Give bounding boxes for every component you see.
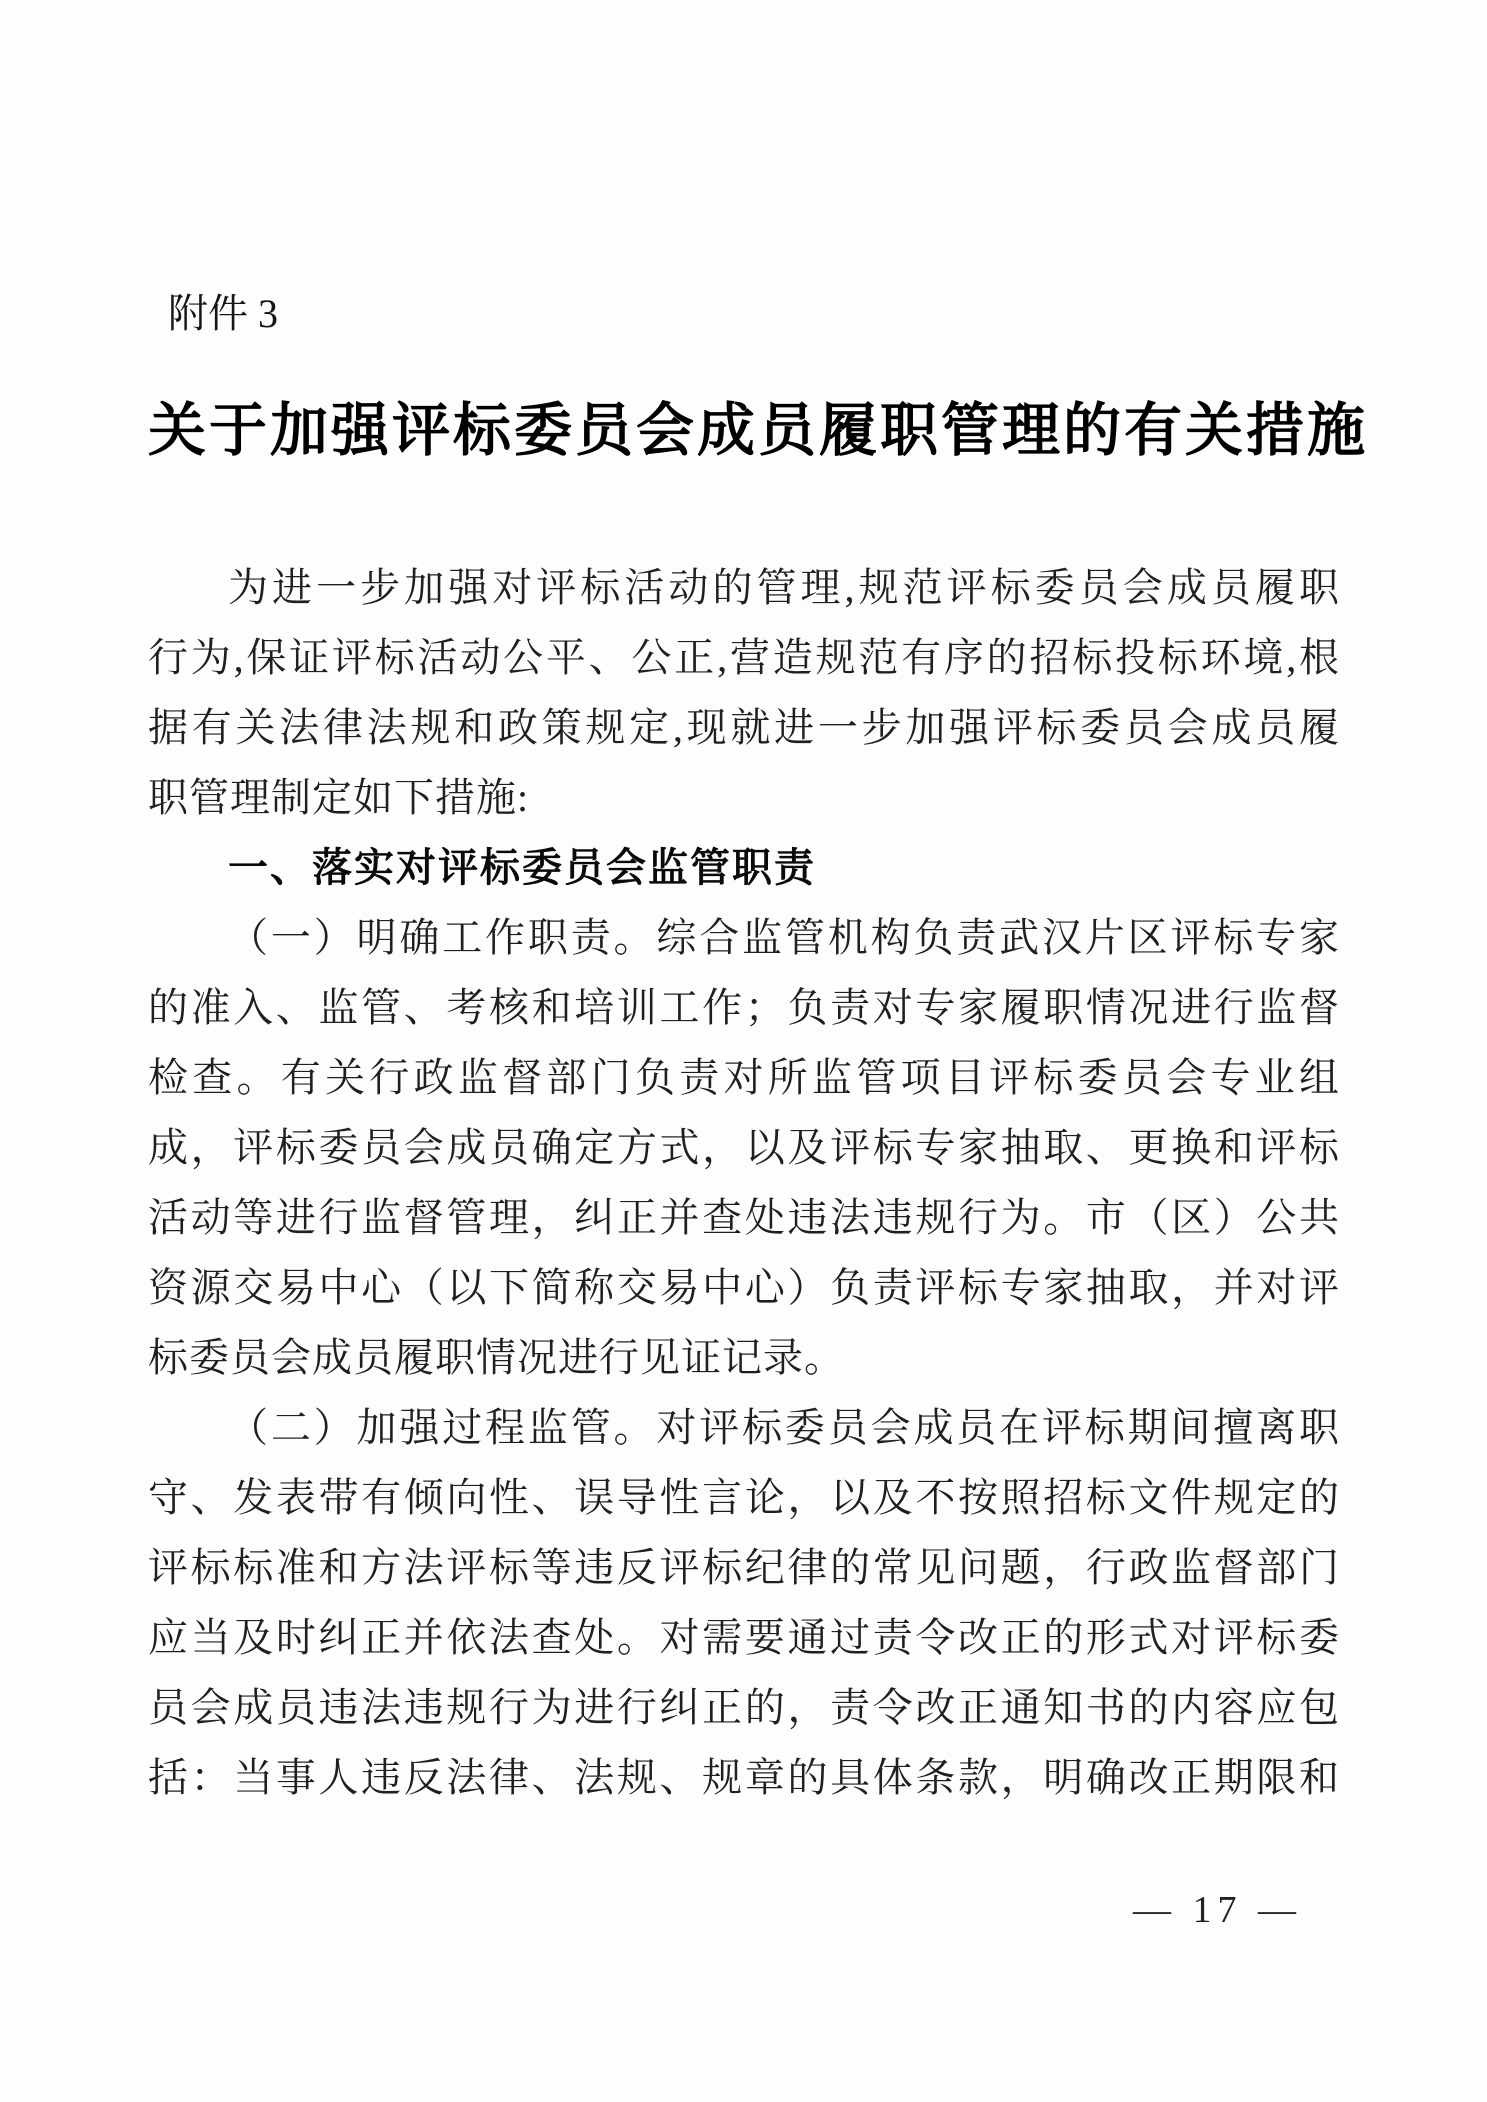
text-line: 职管理制定如下措施: [148,763,1340,833]
text-line: 应当及时纠正并依法查处。对需要通过责令改正的形式对评标委 [148,1603,1340,1673]
text-line: 为进一步加强对评标活动的管理,规范评标委员会成员履职 [148,553,1340,623]
text-line: 标委员会成员履职情况进行见证记录。 [148,1323,1340,1393]
text-line: 的准入、监管、考核和培训工作；负责对专家履职情况进行监督 [148,973,1340,1043]
text-line: 资源交易中心（以下简称交易中心）负责评标专家抽取，并对评 [148,1253,1340,1323]
document-page: 附件 3 关于加强评标委员会成员履职管理的有关措施 为进一步加强对评标活动的管理… [0,0,1487,2102]
paragraph: 为进一步加强对评标活动的管理,规范评标委员会成员履职行为,保证评标活动公平、公正… [148,553,1340,833]
text-line: （二）加强过程监管。对评标委员会成员在评标期间擅离职 [148,1393,1340,1463]
text-line: 检查。有关行政监督部门负责对所监管项目评标委员会专业组 [148,1043,1340,1113]
text-line: 据有关法律法规和政策规定,现就进一步加强评标委员会成员履 [148,693,1340,763]
text-line: 员会成员违法违规行为进行纠正的，责令改正通知书的内容应包 [148,1673,1340,1743]
attachment-label: 附件 3 [168,291,1487,337]
document-title: 关于加强评标委员会成员履职管理的有关措施 [148,399,1340,463]
text-line: 成，评标委员会成员确定方式，以及评标专家抽取、更换和评标 [148,1113,1340,1183]
paragraph: （二）加强过程监管。对评标委员会成员在评标期间擅离职守、发表带有倾向性、误导性言… [148,1393,1340,1813]
text-line: （一）明确工作职责。综合监管机构负责武汉片区评标专家 [148,903,1340,973]
text-line: 括：当事人违反法律、法规、规章的具体条款，明确改正期限和 [148,1743,1340,1813]
text-line: 活动等进行监督管理，纠正并查处违法违规行为。市（区）公共 [148,1183,1340,1253]
text-line: 一、落实对评标委员会监管职责 [148,833,1340,903]
text-line: 行为,保证评标活动公平、公正,营造规范有序的招标投标环境,根 [148,623,1340,693]
text-line: 评标标准和方法评标等违反评标纪律的常见问题，行政监督部门 [148,1533,1340,1603]
text-line: 守、发表带有倾向性、误导性言论，以及不按照招标文件规定的 [148,1463,1340,1533]
document-body: 为进一步加强对评标活动的管理,规范评标委员会成员履职行为,保证评标活动公平、公正… [0,553,1487,1813]
page-number: — 17 — [1133,1888,1302,1932]
section-heading: 一、落实对评标委员会监管职责 [148,833,1340,903]
paragraph: （一）明确工作职责。综合监管机构负责武汉片区评标专家的准入、监管、考核和培训工作… [148,903,1340,1393]
